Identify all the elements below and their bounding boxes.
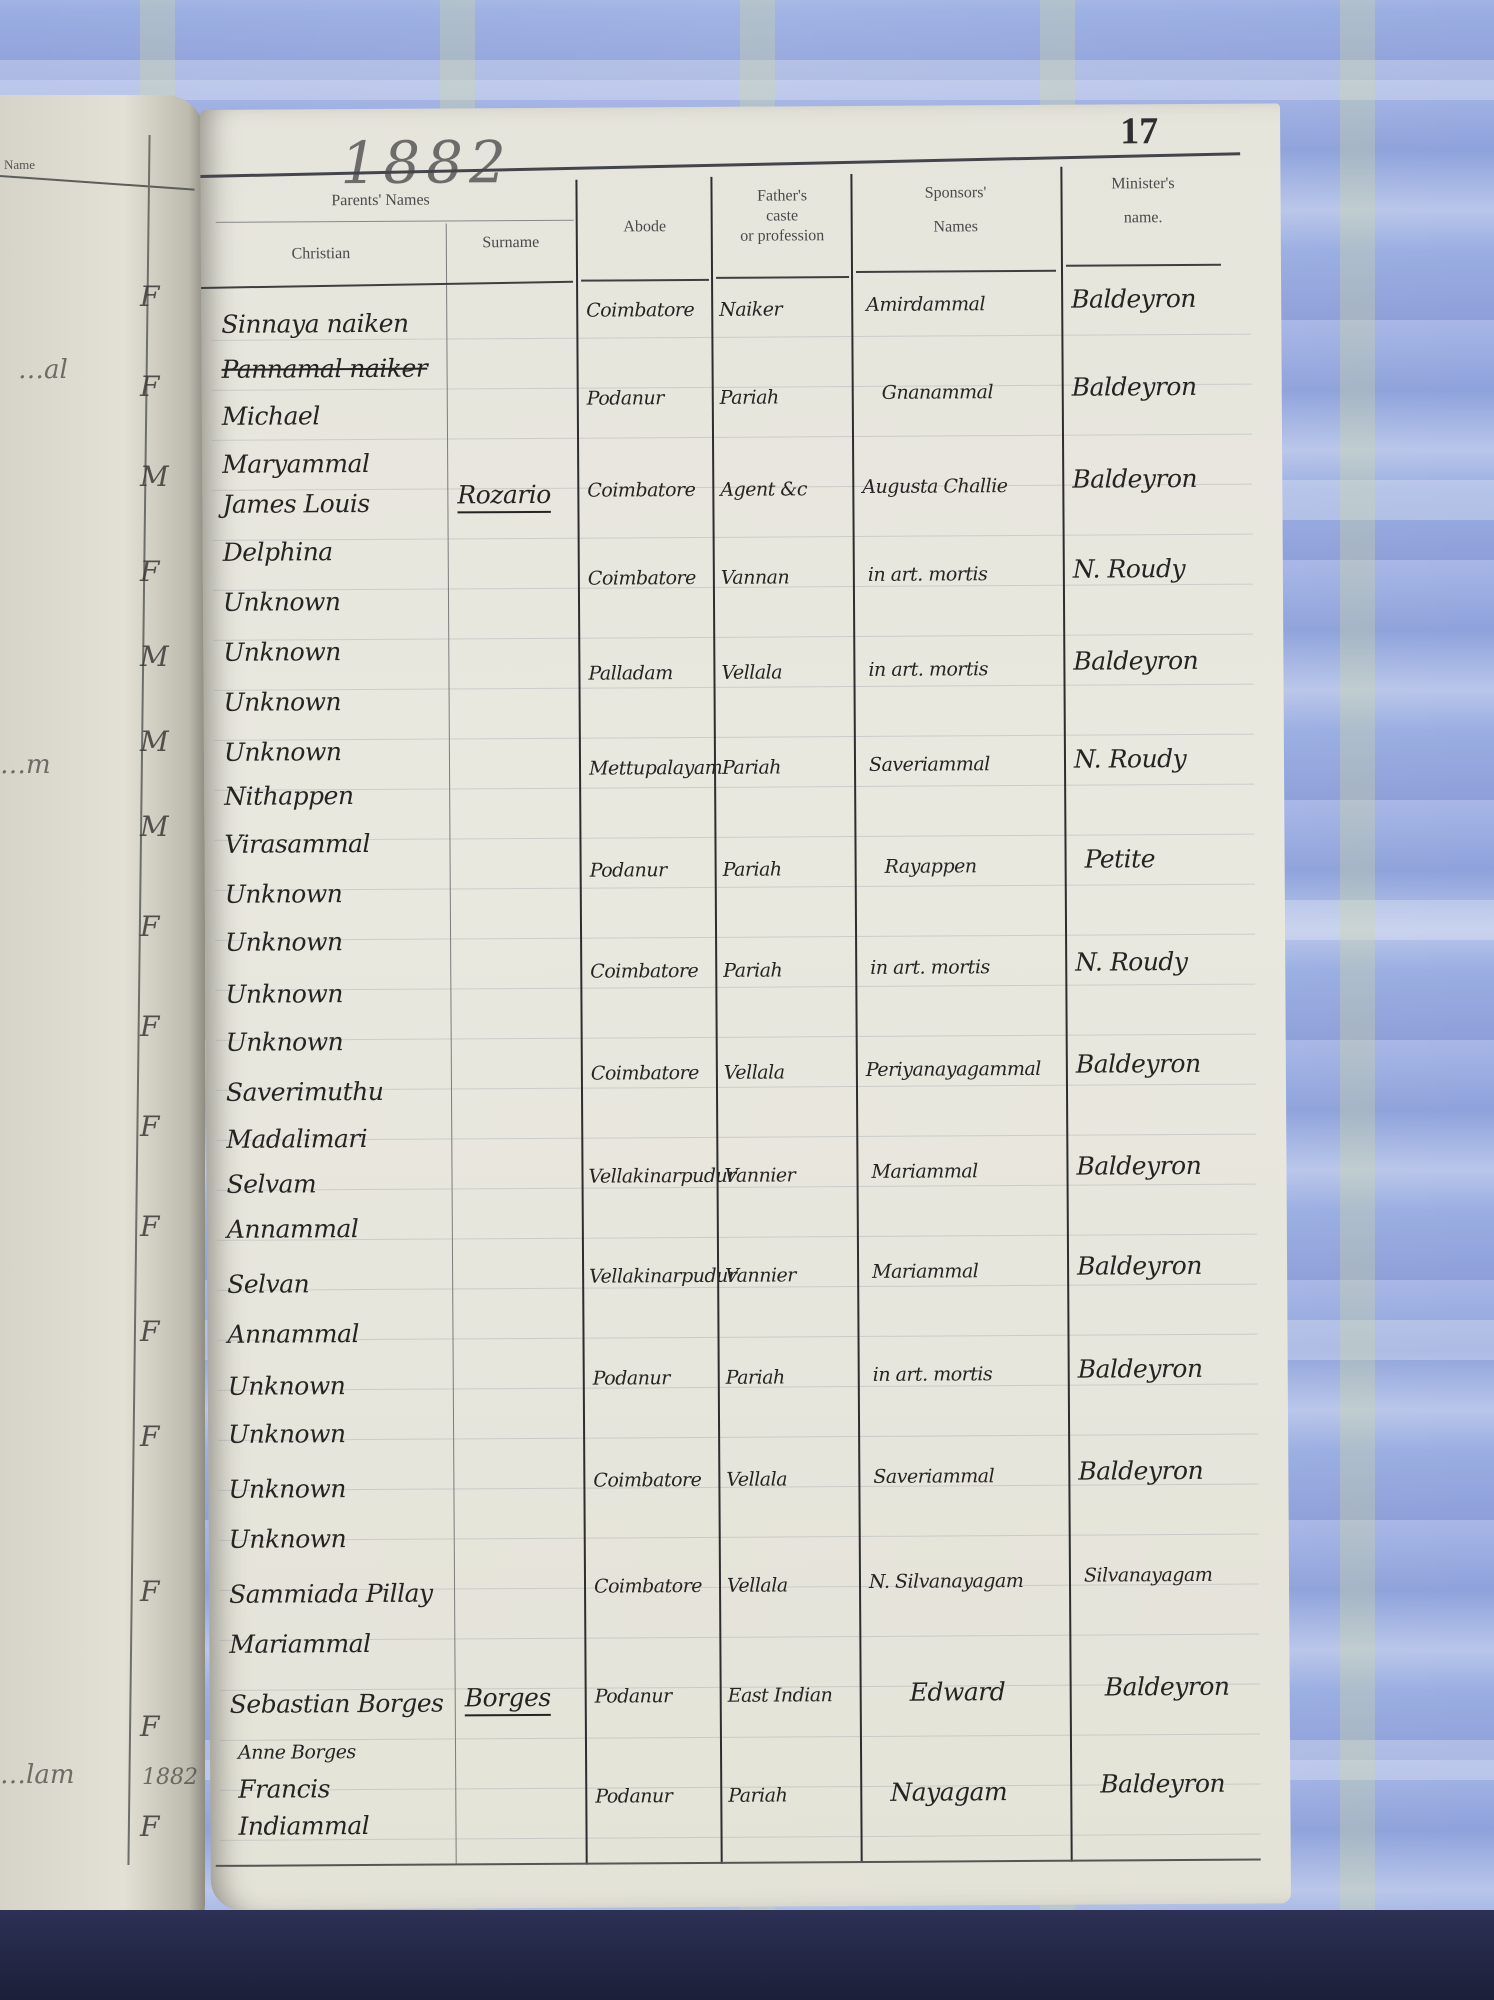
sponsor: in art. mortis	[868, 658, 988, 681]
mother-name: Unknown	[226, 1027, 344, 1057]
left-page-fragment: …al	[18, 355, 68, 385]
sponsor: Saveriammal	[869, 753, 990, 776]
left-page-fragment: …m	[0, 750, 51, 780]
surname: Rozario	[457, 480, 551, 510]
mother-name: Mariammal	[229, 1629, 370, 1659]
ruled-line	[221, 1834, 1261, 1841]
mother-name: Annammal	[227, 1319, 359, 1349]
sponsor: Amirdammal	[866, 293, 985, 316]
father-name: Sebastian Borges	[230, 1689, 444, 1719]
header-rule	[856, 270, 1056, 273]
header-minister-line: name.	[1066, 208, 1221, 229]
left-page-fragment: …lam	[0, 1760, 74, 1790]
mother-name: Unknown	[229, 1524, 347, 1554]
left-page-column-label: Name	[4, 157, 35, 173]
minister: Baldeyron	[1105, 1672, 1230, 1702]
minister: N. Roudy	[1073, 554, 1185, 584]
register-page: 1882 17 Parents' Names Christian Surname…	[200, 103, 1291, 1910]
page-bottom-rule	[216, 1859, 1261, 1867]
sponsor: Mariammal	[872, 1260, 978, 1283]
ruled-line	[214, 734, 1254, 741]
sponsor: Nayagam	[890, 1777, 1007, 1807]
minister: Baldeyron	[1072, 464, 1197, 494]
minister: Baldeyron	[1071, 284, 1196, 314]
mother-name: Anne Borges	[238, 1741, 356, 1764]
minister: Silvanayagam	[1084, 1564, 1213, 1587]
caste: Vannier	[724, 1164, 795, 1186]
abode: Coimbatore	[586, 299, 694, 322]
sponsor: in art. mortis	[870, 956, 990, 979]
header-fathers-caste-line: caste	[716, 206, 849, 227]
ruled-line	[215, 884, 1255, 891]
mother-name: Unknown	[224, 737, 342, 767]
mother-name: Unknown	[225, 927, 343, 957]
header-sponsors: Sponsors' Names	[855, 183, 1055, 238]
father-name: Saverimuthu	[226, 1077, 384, 1107]
caste: Vellala	[721, 661, 782, 683]
father-name: Selvam	[226, 1169, 316, 1199]
caste: Vellala	[724, 1061, 785, 1083]
left-page-year-note: 1882	[142, 1765, 198, 1790]
father-name: Nithappen	[224, 781, 354, 811]
header-rule	[1066, 264, 1221, 267]
sex-mark: F	[140, 1575, 159, 1608]
sponsor: Edward	[910, 1677, 1006, 1707]
caste: Vannier	[725, 1264, 796, 1286]
abode: Coimbatore	[587, 479, 695, 502]
ruled-line	[214, 834, 1254, 841]
mother-name: Pannamal naiker	[221, 354, 427, 384]
abode: Podanur	[587, 387, 664, 409]
abode: Coimbatore	[590, 960, 698, 983]
mother-name: Unknown	[223, 637, 341, 667]
minister: Baldeyron	[1100, 1769, 1225, 1799]
father-name: Unknown	[225, 979, 343, 1009]
mother-name: Annammal	[227, 1214, 359, 1244]
abode: Coimbatore	[591, 1062, 699, 1085]
sex-mark: M	[140, 810, 169, 843]
sex-mark: F	[140, 1420, 159, 1453]
dark-surface-bottom	[0, 1910, 1494, 2000]
mother-name: Indiammal	[238, 1811, 369, 1841]
sponsor: Augusta Challie	[862, 475, 1007, 498]
minister: Baldeyron	[1076, 1049, 1201, 1079]
mother-name: Maryammal	[222, 449, 369, 479]
column-rule-minister	[1060, 167, 1072, 1862]
caste: Pariah	[722, 756, 781, 778]
column-rule-christian-surname	[446, 223, 457, 1863]
header-abode: Abode	[581, 217, 709, 238]
caste: Agent &c	[720, 478, 807, 501]
header-rule	[216, 220, 574, 223]
header-parents-names: Parents' Names	[250, 190, 510, 212]
sponsor: Rayappen	[885, 855, 977, 878]
surname: Borges	[465, 1683, 551, 1713]
sex-mark: M	[140, 640, 169, 673]
father-name: Sinnaya naiken	[221, 309, 408, 339]
abode: Coimbatore	[594, 1575, 702, 1598]
ruled-line	[213, 534, 1253, 541]
father-name: Sammiada Pillay	[229, 1579, 433, 1609]
header-fathers-caste-line: Father's	[715, 186, 848, 207]
sponsor: Saveriammal	[873, 1465, 994, 1488]
minister: N. Roudy	[1075, 947, 1187, 977]
ruled-line	[219, 1534, 1259, 1541]
sex-mark: F	[140, 1110, 159, 1143]
minister: Baldeyron	[1078, 1456, 1203, 1486]
sponsor: in art. mortis	[868, 563, 988, 586]
father-name: Unknown	[228, 1371, 346, 1401]
mother-name: Unknown	[228, 1419, 346, 1449]
ruled-line	[218, 1434, 1258, 1441]
ruled-line	[215, 934, 1255, 941]
header-rule	[716, 276, 849, 279]
header-fathers-caste: Father's caste or profession	[715, 186, 848, 247]
abode: Palladam	[588, 662, 672, 685]
header-fathers-caste-line: or profession	[716, 226, 849, 247]
abode: Coimbatore	[588, 567, 696, 590]
mother-name: Virasammal	[224, 829, 370, 859]
father-name: Unknown	[224, 687, 342, 717]
sex-mark: M	[140, 725, 169, 758]
sex-mark: F	[140, 1710, 159, 1743]
ruled-line	[216, 1134, 1256, 1141]
father-name: Unknown	[225, 879, 343, 909]
minister: Petite	[1085, 844, 1156, 873]
sponsor: Periyanayagammal	[866, 1058, 1041, 1081]
abode: Coimbatore	[593, 1469, 701, 1492]
abode: Podanur	[593, 1367, 670, 1389]
abode: Mettupalayam	[589, 757, 722, 780]
sponsor: Gnanammal	[882, 381, 993, 404]
caste: Pariah	[723, 959, 782, 981]
ruled-line	[218, 1334, 1258, 1341]
ruled-line	[214, 784, 1254, 791]
abode: Podanur	[590, 859, 667, 881]
minister: Baldeyron	[1076, 1151, 1201, 1181]
ruled-line	[212, 434, 1252, 441]
abode: Podanur	[595, 1685, 672, 1707]
header-sponsors-line: Names	[856, 217, 1056, 238]
header-rule	[201, 281, 573, 289]
year-annotation: 1882	[340, 128, 512, 197]
header-sponsors-line: Sponsors'	[855, 183, 1055, 204]
left-page-header-rule	[0, 175, 195, 191]
sex-mark: F	[140, 555, 159, 588]
sex-mark: F	[140, 1210, 159, 1243]
header-rule	[581, 279, 709, 282]
mother-name: Delphina	[223, 537, 333, 567]
sex-mark: M	[140, 460, 169, 493]
column-rule-abode	[575, 180, 587, 1865]
sponsor: N. Silvanayagam	[869, 1570, 1023, 1593]
caste: Pariah	[720, 386, 779, 408]
abode: Vellakinarpudur	[589, 1265, 736, 1288]
father-name: Francis	[238, 1774, 330, 1804]
sponsor: in art. mortis	[873, 1363, 993, 1386]
sex-mark: F	[140, 280, 159, 313]
father-name: Michael	[222, 401, 320, 431]
minister: N. Roudy	[1074, 744, 1186, 774]
caste: Pariah	[726, 1366, 785, 1388]
left-page: Name F F M F M M M F F F F F F F F F …al…	[0, 95, 205, 1925]
caste: Naiker	[719, 298, 782, 320]
sex-mark: F	[140, 1810, 159, 1843]
abode: Podanur	[595, 1785, 672, 1807]
caste: Vellala	[727, 1574, 788, 1596]
ruled-line	[215, 984, 1255, 991]
mother-name: Madalimari	[226, 1124, 367, 1154]
father-name: Unknown	[228, 1474, 346, 1504]
ruled-line	[220, 1734, 1260, 1741]
caste: Vannan	[721, 566, 789, 588]
column-rule-caste	[710, 177, 722, 1864]
header-christian: Christian	[216, 244, 426, 265]
ruled-line	[219, 1634, 1259, 1641]
ruled-line	[217, 1234, 1257, 1241]
caste: Pariah	[728, 1784, 787, 1806]
minister: Baldeyron	[1072, 372, 1197, 402]
father-name: James Louis	[222, 489, 369, 519]
ruled-line	[213, 634, 1253, 641]
minister: Baldeyron	[1077, 1251, 1202, 1281]
caste: Vellala	[726, 1468, 787, 1490]
sex-mark: F	[140, 1315, 159, 1348]
caste: East Indian	[728, 1684, 833, 1707]
sex-mark: F	[140, 910, 159, 943]
minister: Baldeyron	[1078, 1354, 1203, 1384]
ruled-line	[216, 1034, 1256, 1041]
father-name: Selvan	[227, 1269, 309, 1299]
header-minister: Minister's name.	[1065, 174, 1220, 229]
minister: Baldeyron	[1073, 646, 1198, 676]
column-rule-sponsors	[850, 174, 862, 1863]
page-number: 17	[1120, 109, 1158, 153]
header-minister-line: Minister's	[1065, 174, 1220, 195]
sex-mark: F	[140, 370, 159, 403]
header-surname: Surname	[451, 233, 571, 254]
father-name: Unknown	[223, 587, 341, 617]
ruled-line	[214, 684, 1254, 691]
sponsor: Mariammal	[871, 1160, 977, 1183]
abode: Vellakinarpudur	[588, 1165, 735, 1188]
caste: Pariah	[723, 858, 782, 880]
sex-mark: F	[140, 1010, 159, 1043]
